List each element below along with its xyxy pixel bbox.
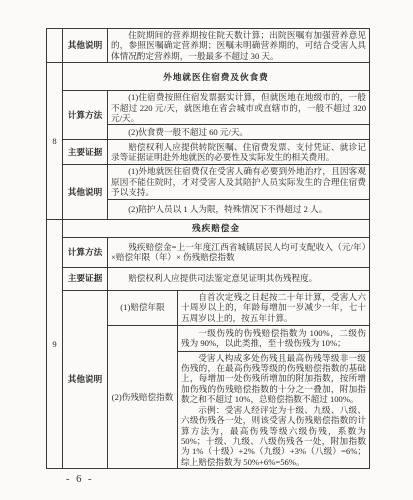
item9-sub1-cell: 自首次定残之日起按二十年计算，受害人六十周岁以上的，年龄每增加一岁减少一年，七十… [178,290,370,325]
paragraph: 自首次定残之日起按二十年计算，受害人六十周岁以上的，年龄每增加一岁减少一年，七十… [181,292,366,323]
paragraph: 住院期间的营养期按住院天数计算；出院医嘱有加强营养意见的，参照医嘱确定营养期；医… [111,30,366,61]
paragraph: 赔偿权利人应提供司法鉴定意见证明其伤残程度。 [111,273,366,283]
compensation-standards-table: 其他说明 住院期间的营养期按住院天数计算；出院医嘱有加强营养意见的，参照医嘱确定… [46,28,370,469]
paragraph: 一级伤残的伤残赔偿指数为 100%，二级伤残为 90%，以此类推，至十级伤残为 … [181,328,366,349]
item9-calc-method-label: 计算方法 [63,237,108,267]
document-page: 其他说明 住院期间的营养期按住院天数计算；出院医嘱有加强营养意见的，参照医嘱确定… [0,0,413,500]
table-row: 其他说明 住院期间的营养期按住院天数计算；出院医嘱有加强营养意见的，参照医嘱确定… [47,29,370,63]
item8-calc-method-label: 计算方法 [63,91,108,140]
item9-calc-cell: 残疾赔偿金=上一年度江西省城镇居民人均可支配收入（元/年）×赔偿年限（年）× 伤… [108,237,370,267]
item9-sub2-cell-b: 受害人构成多处伤残且最高伤残等级非一级伤残的，在最高伤残等级的伤残赔偿指数的基础… [178,351,370,468]
item8-evidence-label: 主要证据 [63,140,108,165]
item9-other-notes-label: 其他说明 [63,290,108,468]
item9-number: 9 [47,219,63,468]
item8-section-title: 外地就医住宿费及伙食费 [63,63,370,91]
paragraph: 赔偿权利人应提供转院医嘱、住宿费发票、支付凭证、就诊记录等证据证明赴外地就医的必… [111,142,366,163]
item9-sub1-label: (1)赔偿年限 [108,290,178,325]
paragraph: (2)陪护人员以 1 人为限，特殊情况下不得超过 2 人。 [111,204,366,214]
table-row: 8 外地就医住宿费及伙食费 [47,63,370,91]
table-row: 9 残疾赔偿金 [47,219,370,237]
item8-other-cell-2: (2)陪护人员以 1 人为限，特殊情况下不得超过 2 人。 [108,199,370,219]
table-row: 主要证据 赔偿权利人应提供转院医嘱、住宿费发票、支付凭证、就诊记录等证据证明赴外… [47,140,370,165]
item9-evidence-label: 主要证据 [63,267,108,290]
item9-sub2-label: (2)伤残赔偿指数 [108,325,178,468]
item8-evidence-cell: 赔偿权利人应提供转院医嘱、住宿费发票、支付凭证、就诊记录等证据证明赴外地就医的必… [108,140,370,165]
page-number: - 6 - [66,474,94,485]
item7-number-cell [47,29,63,63]
item8-number: 8 [47,63,63,219]
table-row: 其他说明 (1)赔偿年限 自首次定残之日起按二十年计算，受害人六十周岁以上的，年… [47,290,370,325]
paragraph: (1)外地就医住宿费仅在受害人确有必要到外地治疗，且因客观原因不能住院时，才对受… [111,166,366,197]
paragraph: 示例：受害人经评定为十级、九级、八级、六级伤残各一处，则该受害人伤残赔偿指数的计… [181,405,366,467]
item8-calc-cell-1: (1)住宿费按照住宿发票据实计算，但就医地在地级市的，一般不超过 220 元/天… [108,91,370,125]
item9-sub2-cell-a: 一级伤残的伤残赔偿指数为 100%，二级伤残为 90%，以此类推，至十级伤残为 … [178,325,370,351]
paragraph: 残疾赔偿金=上一年度江西省城镇居民人均可支配收入（元/年）×赔偿年限（年）× 伤… [111,242,366,263]
paragraph: (2)伙食费一般不超过 60 元/天。 [111,127,366,137]
item9-section-title: 残疾赔偿金 [63,219,370,237]
item7-other-notes-cell: 住院期间的营养期按住院天数计算；出院医嘱有加强营养意见的，参照医嘱确定营养期；医… [108,29,370,63]
table-row: 主要证据 赔偿权利人应提供司法鉴定意见证明其伤残程度。 [47,267,370,290]
paragraph: (1)住宿费按照住宿发票据实计算，但就医地在地级市的，一般不超过 220 元/天… [111,92,366,123]
table-row: 计算方法 (1)住宿费按照住宿发票据实计算，但就医地在地级市的，一般不超过 22… [47,91,370,125]
item8-other-notes-label: 其他说明 [63,165,108,219]
item8-other-cell-1: (1)外地就医住宿费仅在受害人确有必要到外地治疗，且因客观原因不能住院时，才对受… [108,165,370,199]
item7-other-notes-label: 其他说明 [63,29,108,63]
item8-calc-cell-2: (2)伙食费一般不超过 60 元/天。 [108,125,370,140]
item9-evidence-cell: 赔偿权利人应提供司法鉴定意见证明其伤残程度。 [108,267,370,290]
table-row: 其他说明 (1)外地就医住宿费仅在受害人确有必要到外地治疗，且因客观原因不能住院… [47,165,370,199]
paragraph: 受害人构成多处伤残且最高伤残等级非一级伤残的，在最高伤残等级的伤残赔偿指数的基础… [181,353,366,405]
table-row: 计算方法 残疾赔偿金=上一年度江西省城镇居民人均可支配收入（元/年）×赔偿年限（… [47,237,370,267]
